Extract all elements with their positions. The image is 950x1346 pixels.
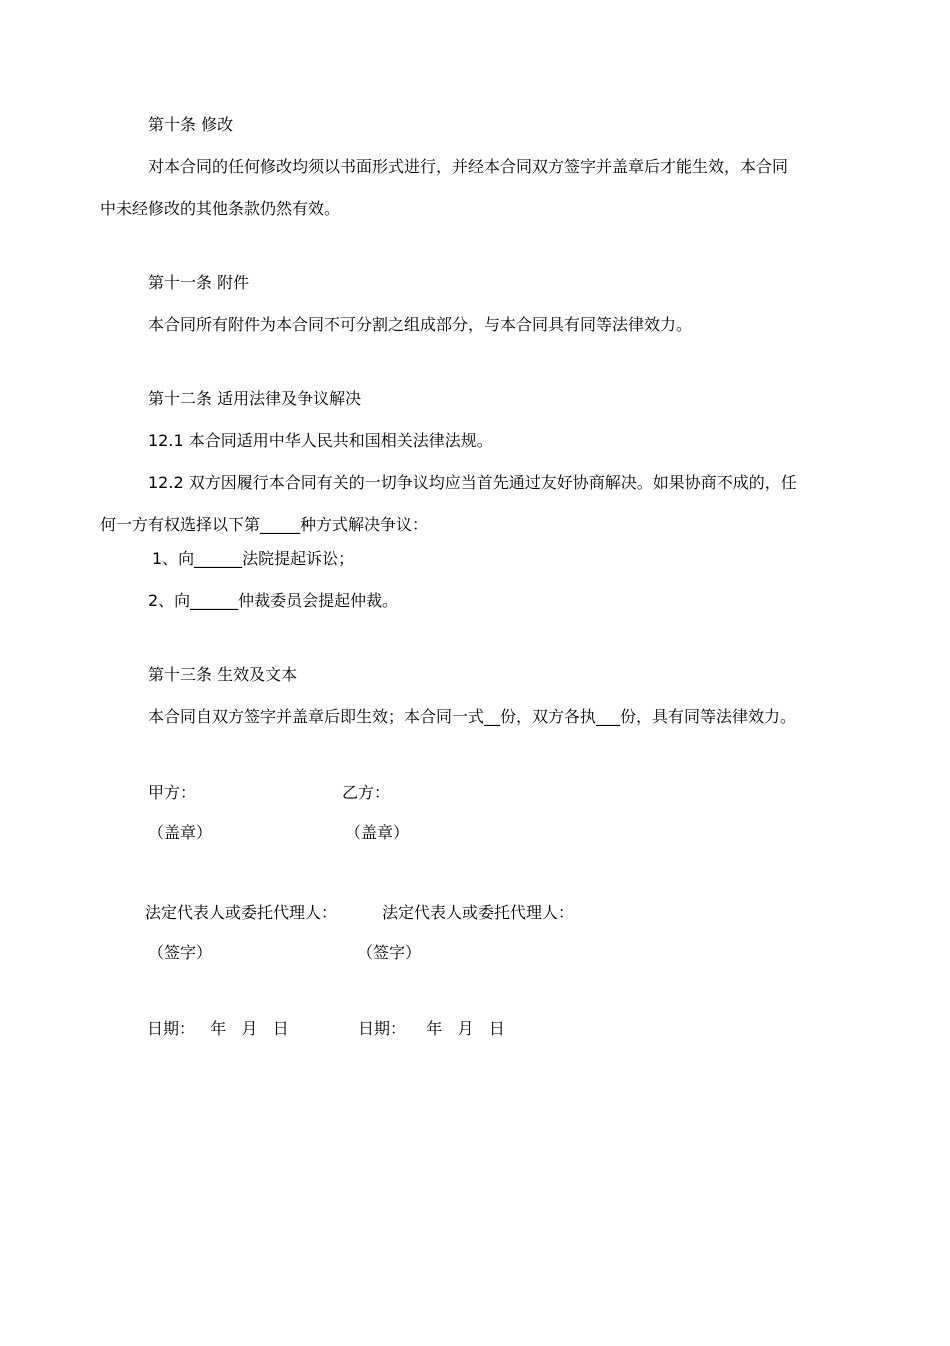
party-a-representative-label: 法定代表人或委托代理人： [145,892,337,934]
contract-body: 第十条 修改 对本合同的任何修改均须以书面形式进行，并经本合同双方签字并盖章后才… [100,104,860,1050]
representative-row: 法定代表人或委托代理人： 法定代表人或委托代理人： [100,892,860,934]
signature-row: （签字） （签字） [100,932,860,974]
article-11-heading: 第十一条 附件 [100,262,860,304]
article-11-body: 本合同所有附件为本合同不可分割之组成部分，与本合同具有同等法律效力。 [100,304,860,346]
party-a-seal-label: （盖章） [148,812,212,854]
article-10-body-line-2: 中未经修改的其他条款仍然有效。 [100,188,860,230]
party-b-label: 乙方： [342,772,390,814]
party-b-signature-label: （签字） [357,932,421,974]
article-10-body-line-1: 对本合同的任何修改均须以书面形式进行，并经本合同双方签字并盖章后才能生效，本合同 [100,146,860,188]
party-b-seal-label: （盖章） [345,812,409,854]
party-a-label: 甲方： [148,772,196,814]
article-12-heading: 第十二条 适用法律及争议解决 [100,378,860,420]
party-b-date-label: 日期： 年 月 日 [358,1008,505,1050]
party-b-representative-label: 法定代表人或委托代理人： [382,892,574,934]
party-row: 甲方： 乙方： [100,772,860,814]
dispute-option-1: 1、向______法院提起诉讼； [100,538,860,580]
clause-12-2-line-1: 12.2 双方因履行本合同有关的一切争议均应当首先通过友好协商解决。如果协商不成… [100,462,860,504]
date-row: 日期： 年 月 日 日期： 年 月 日 [100,1008,860,1050]
clause-12-1: 12.1 本合同适用中华人民共和国相关法律法规。 [100,420,860,462]
contract-page: 第十条 修改 对本合同的任何修改均须以书面形式进行，并经本合同双方签字并盖章后才… [0,0,950,1346]
article-13-heading: 第十三条 生效及文本 [100,654,860,696]
dispute-option-2: 2、向______仲裁委员会提起仲裁。 [100,580,860,622]
party-a-date-label: 日期： 年 月 日 [147,1008,289,1050]
party-a-signature-label: （签字） [148,932,212,974]
article-13-body: 本合同自双方签字并盖章后即生效；本合同一式__份，双方各执___份，具有同等法律… [100,696,860,738]
seal-row: （盖章） （盖章） [100,812,860,854]
article-10-heading: 第十条 修改 [100,104,860,146]
